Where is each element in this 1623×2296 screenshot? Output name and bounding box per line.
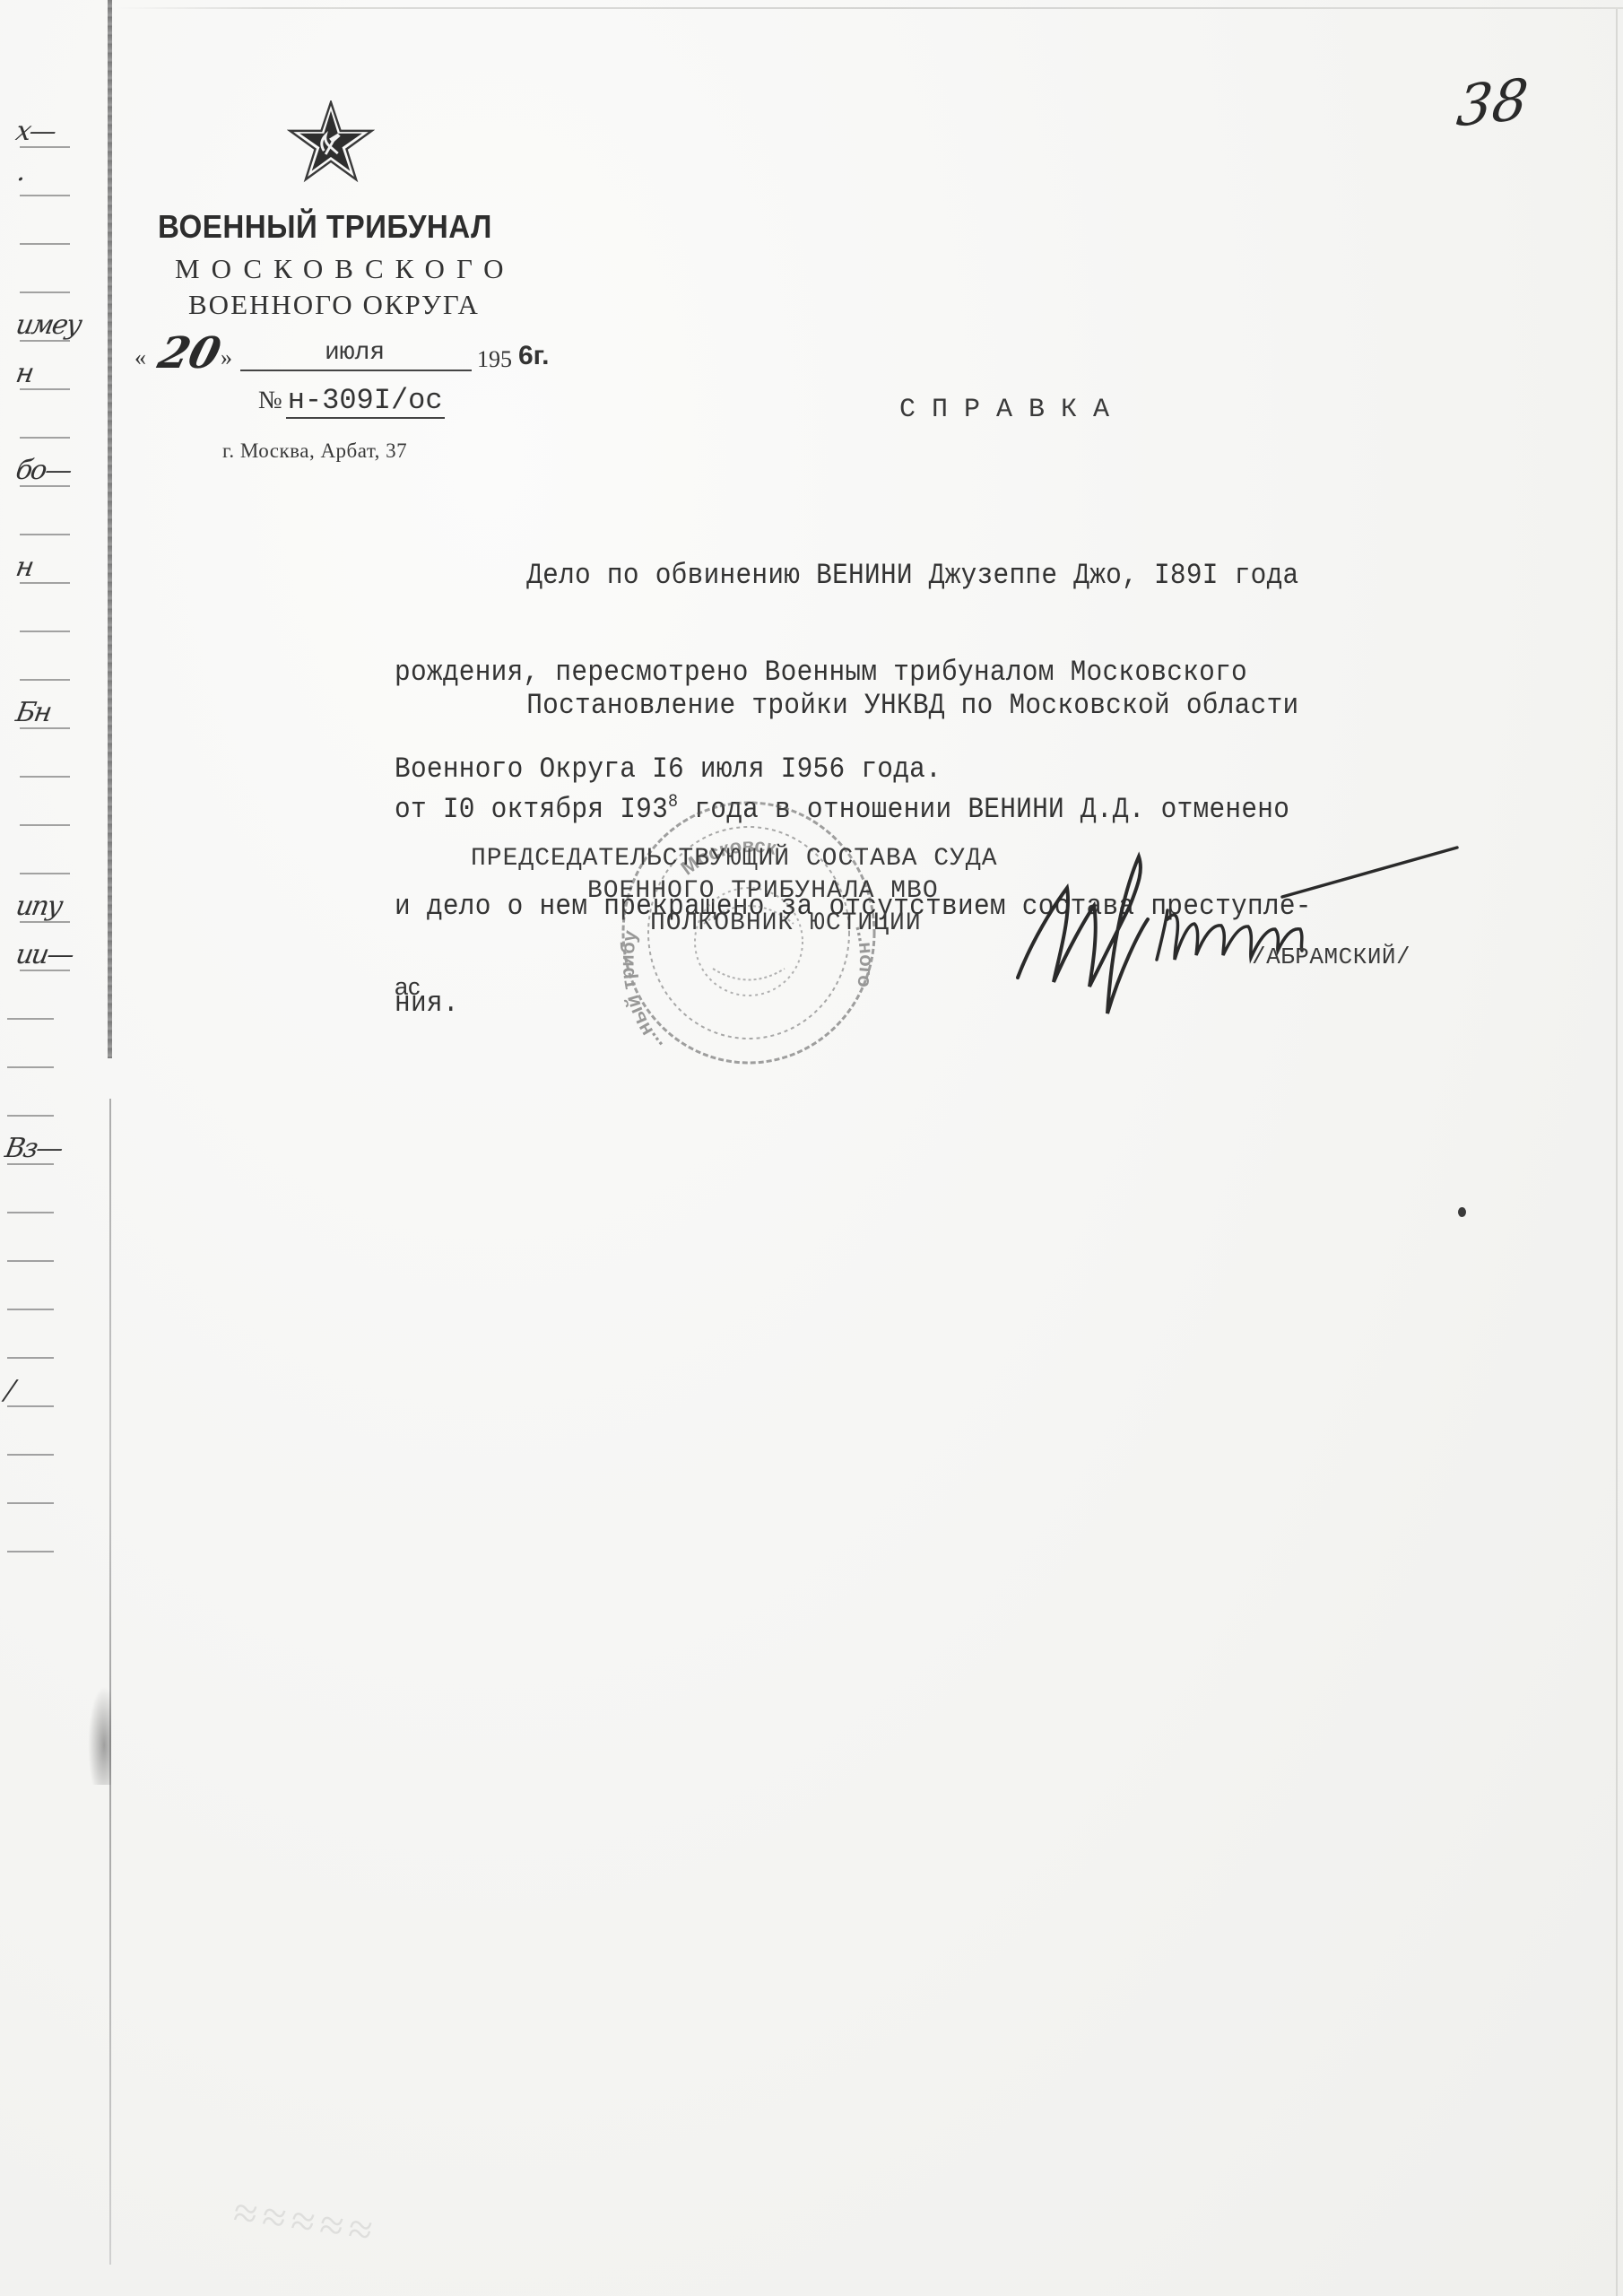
date-year-suffix: 6г. xyxy=(518,341,550,371)
tribunal-title: ВОЕННЫЙ ТРИБУНАЛ xyxy=(158,208,513,246)
date-quote-close: » xyxy=(221,344,232,371)
scanned-page: х—·имеунбо—нБнипуии—Вз—/ 38 ВОЕННЫЙ ТРИБ… xyxy=(0,0,1623,2296)
paragraph-line: от I0 октября I938 года в отношении ВЕНИ… xyxy=(395,787,1467,826)
margin-rule-line xyxy=(20,679,70,681)
folio-number: 38 xyxy=(1454,65,1531,139)
date-underline xyxy=(240,370,472,371)
margin-handwritten-note: бо— xyxy=(13,455,74,486)
number-value: н-309I/ос xyxy=(286,384,445,419)
svg-text:...ный трибу: ...ный трибу xyxy=(616,928,667,1057)
margin-rule-line xyxy=(7,1066,54,1068)
binding-fold-line xyxy=(109,1099,111,2265)
date-quote-open: « xyxy=(135,344,146,371)
margin-rule-line xyxy=(20,824,70,826)
ink-smudge xyxy=(88,1686,111,1785)
signatory-rank: ПОЛКОВНИК ЮСТИЦИИ xyxy=(471,908,998,940)
faint-embossed-mark: ≈≈≈≈≈ xyxy=(230,2187,381,2257)
page-right-edge xyxy=(1616,9,1618,2296)
margin-handwritten-note: / xyxy=(3,1375,15,1406)
paragraph-line: Постановление тройки УНКВД по Московской… xyxy=(395,690,1467,722)
margin-handwritten-note: имеу xyxy=(13,309,83,341)
document-number: № н-309I/ос xyxy=(258,384,445,422)
margin-rule-line xyxy=(7,1502,54,1504)
binding-stitch-line xyxy=(108,0,112,1058)
document-heading: СПРАВКА xyxy=(899,395,1125,425)
page-top-edge xyxy=(117,7,1623,9)
margin-rule-line xyxy=(7,1551,54,1552)
margin-rule-line xyxy=(7,1260,54,1262)
date-month: июля xyxy=(325,339,385,367)
stamp-left-text: ...ный трибу xyxy=(616,928,667,1057)
margin-rule-line xyxy=(20,534,70,535)
margin-handwritten-note: х— xyxy=(13,116,57,147)
tribunal-subtitle-line2: ВОЕННОГО ОКРУГА xyxy=(188,289,480,321)
signatory-position: ПРЕДСЕДАТЕЛЬСТВУЮЩИЙ СОСТАВА СУДА xyxy=(471,843,998,875)
margin-handwritten-note: н xyxy=(13,358,35,389)
ink-dot xyxy=(1458,1207,1466,1217)
margin-rule-line xyxy=(7,1405,54,1407)
margin-rule-line xyxy=(7,1454,54,1456)
margin-handwritten-note: · xyxy=(13,164,26,196)
typist-initials: ас xyxy=(395,973,421,1001)
signatory-organization: ВОЕННОГО ТРИБУНАЛА МВО xyxy=(471,875,998,908)
margin-rule-line xyxy=(20,776,70,778)
margin-rule-line xyxy=(20,437,70,439)
number-sign: № xyxy=(258,387,282,414)
margin-rule-line xyxy=(7,1309,54,1310)
margin-rule-line xyxy=(20,873,70,874)
margin-rule-line xyxy=(20,631,70,632)
margin-rule-line xyxy=(20,195,70,196)
document-date: « 20 » июля 195 6г. xyxy=(135,334,565,378)
margin-rule-line xyxy=(20,243,70,245)
date-year-prefix: 195 xyxy=(477,346,512,373)
signature-block: ПРЕДСЕДАТЕЛЬСТВУЮЩИЙ СОСТАВА СУДА ВОЕННО… xyxy=(471,843,998,940)
margin-handwritten-note: Бн xyxy=(13,697,53,728)
margin-handwritten-note: н xyxy=(13,552,35,583)
margin-rule-line xyxy=(7,1212,54,1213)
handwritten-signature-icon xyxy=(1004,834,1471,1031)
tribunal-subtitle-line1: МОСКОВСКОГО xyxy=(175,253,515,285)
margin-rule-line xyxy=(20,291,70,293)
tribunal-address: г. Москва, Арбат, 37 xyxy=(222,439,407,463)
margin-rule-line xyxy=(7,1357,54,1359)
margin-handwritten-note: ии— xyxy=(13,939,75,970)
signer-name: /АБРАМСКИЙ/ xyxy=(1252,944,1410,970)
margin-handwritten-note: Вз— xyxy=(3,1133,65,1164)
margin-rule-line xyxy=(7,1018,54,1020)
red-star-hammer-sickle-icon xyxy=(287,100,375,183)
margin-rule-line xyxy=(7,1115,54,1117)
date-day-handwritten: 20 xyxy=(153,328,226,378)
paragraph-line: Дело по обвинению ВЕНИНИ Джузеппе Джо, I… xyxy=(395,560,1467,592)
margin-handwritten-note: ипу xyxy=(13,891,64,922)
